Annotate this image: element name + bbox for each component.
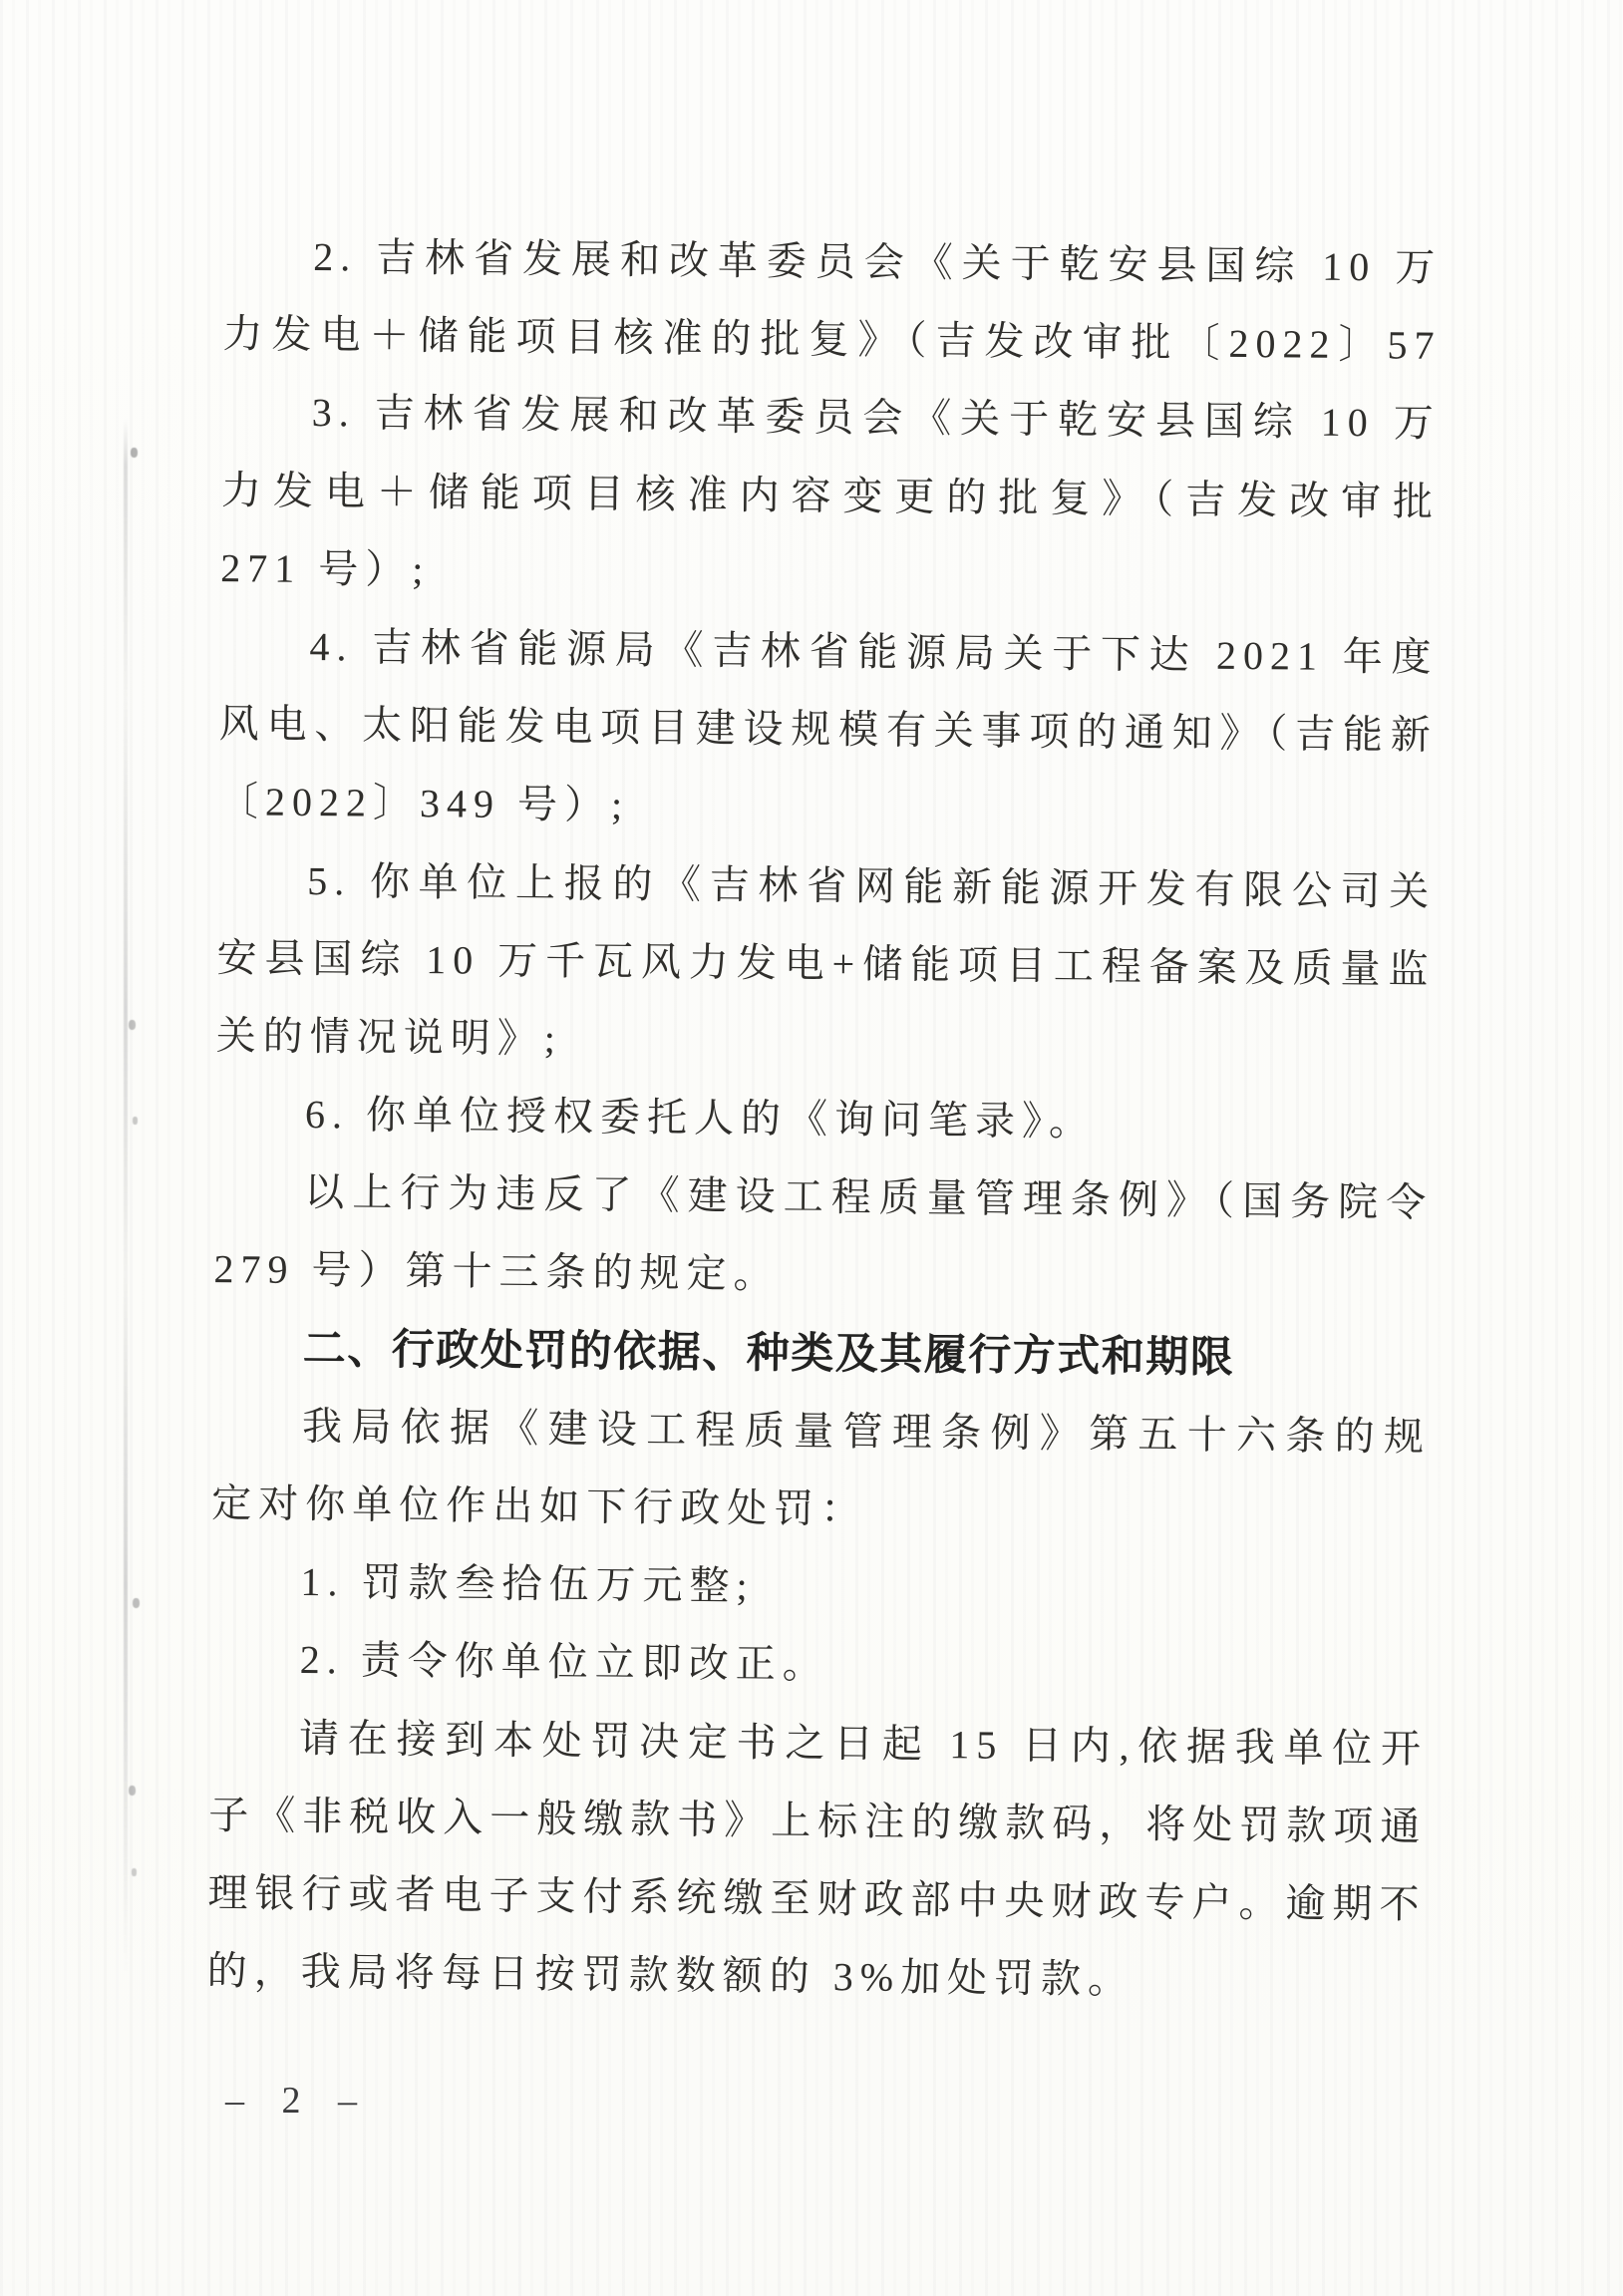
document-line: 理银行或者电子支付系统缴至财政部中央财政专户。逾期不缴纳 <box>207 1854 1427 1944</box>
document-line: 关的情况说明》; <box>215 997 1435 1087</box>
document-line: 子《非税收入一般缴款书》上标注的缴款码，将处罚款项通过代 <box>208 1777 1428 1866</box>
document-line: 的，我局将每日按罚款数额的 3%加处罚款。 <box>206 1932 1426 2022</box>
document-line: 279 号）第十三条的规定。 <box>213 1231 1433 1321</box>
document-line: 5. 你单位上报的《吉林省网能新能源开发有限公司关于乾 <box>217 841 1437 931</box>
page-number: – 2 – <box>225 2076 371 2126</box>
document-line: 2. 吉林省发展和改革委员会《关于乾安县国综 10 万千瓦风 <box>223 217 1443 307</box>
document-line: 风电、太阳能发电项目建设规模有关事项的通知》（吉能新能 <box>218 685 1438 775</box>
document-line: 271 号）; <box>220 529 1440 619</box>
document-line: 力发电＋储能项目核准的批复》（吉发改审批〔2022〕57 号）; <box>222 295 1442 385</box>
document-line: 2. 责令你单位立即改正。 <box>209 1620 1429 1710</box>
section-heading: 二、行政处罚的依据、种类及其履行方式和期限 <box>212 1309 1432 1399</box>
document-line: 力发电＋储能项目核准内容变更的批复》（吉发改审批〔2022〕 <box>221 452 1441 541</box>
document-line: 1. 罚款叁拾伍万元整; <box>210 1542 1430 1632</box>
document-line: 6. 你单位授权委托人的《询问笔录》。 <box>215 1075 1435 1164</box>
document-line: 定对你单位作出如下行政处罚： <box>211 1465 1431 1554</box>
document-line: 4. 吉林省能源局《吉林省能源局关于下达 2021 年度第一批 <box>219 607 1439 697</box>
document-line: 3. 吉林省发展和改革委员会《关于乾安县国综 10 万千瓦风 <box>221 374 1441 464</box>
document-line: 〔2022〕349 号）; <box>218 763 1438 852</box>
document-text-block: 2. 吉林省发展和改革委员会《关于乾安县国综 10 万千瓦风 力发电＋储能项目核… <box>206 217 1442 2022</box>
document-line: 以上行为违反了《建设工程质量管理条例》（国务院令第 <box>214 1152 1434 1242</box>
document-line: 我局依据《建设工程质量管理条例》第五十六条的规定,决 <box>212 1387 1432 1476</box>
scan-artifacts <box>0 0 5 8</box>
scan-fold-line <box>124 419 128 1974</box>
document-page: 2. 吉林省发展和改革委员会《关于乾安县国综 10 万千瓦风 力发电＋储能项目核… <box>0 0 1623 2296</box>
document-line: 安县国综 10 万千瓦风力发电+储能项目工程备案及质量监督相 <box>216 919 1436 1009</box>
document-line: 请在接到本处罚决定书之日起 15 日内,依据我单位开具的电 <box>209 1699 1429 1789</box>
